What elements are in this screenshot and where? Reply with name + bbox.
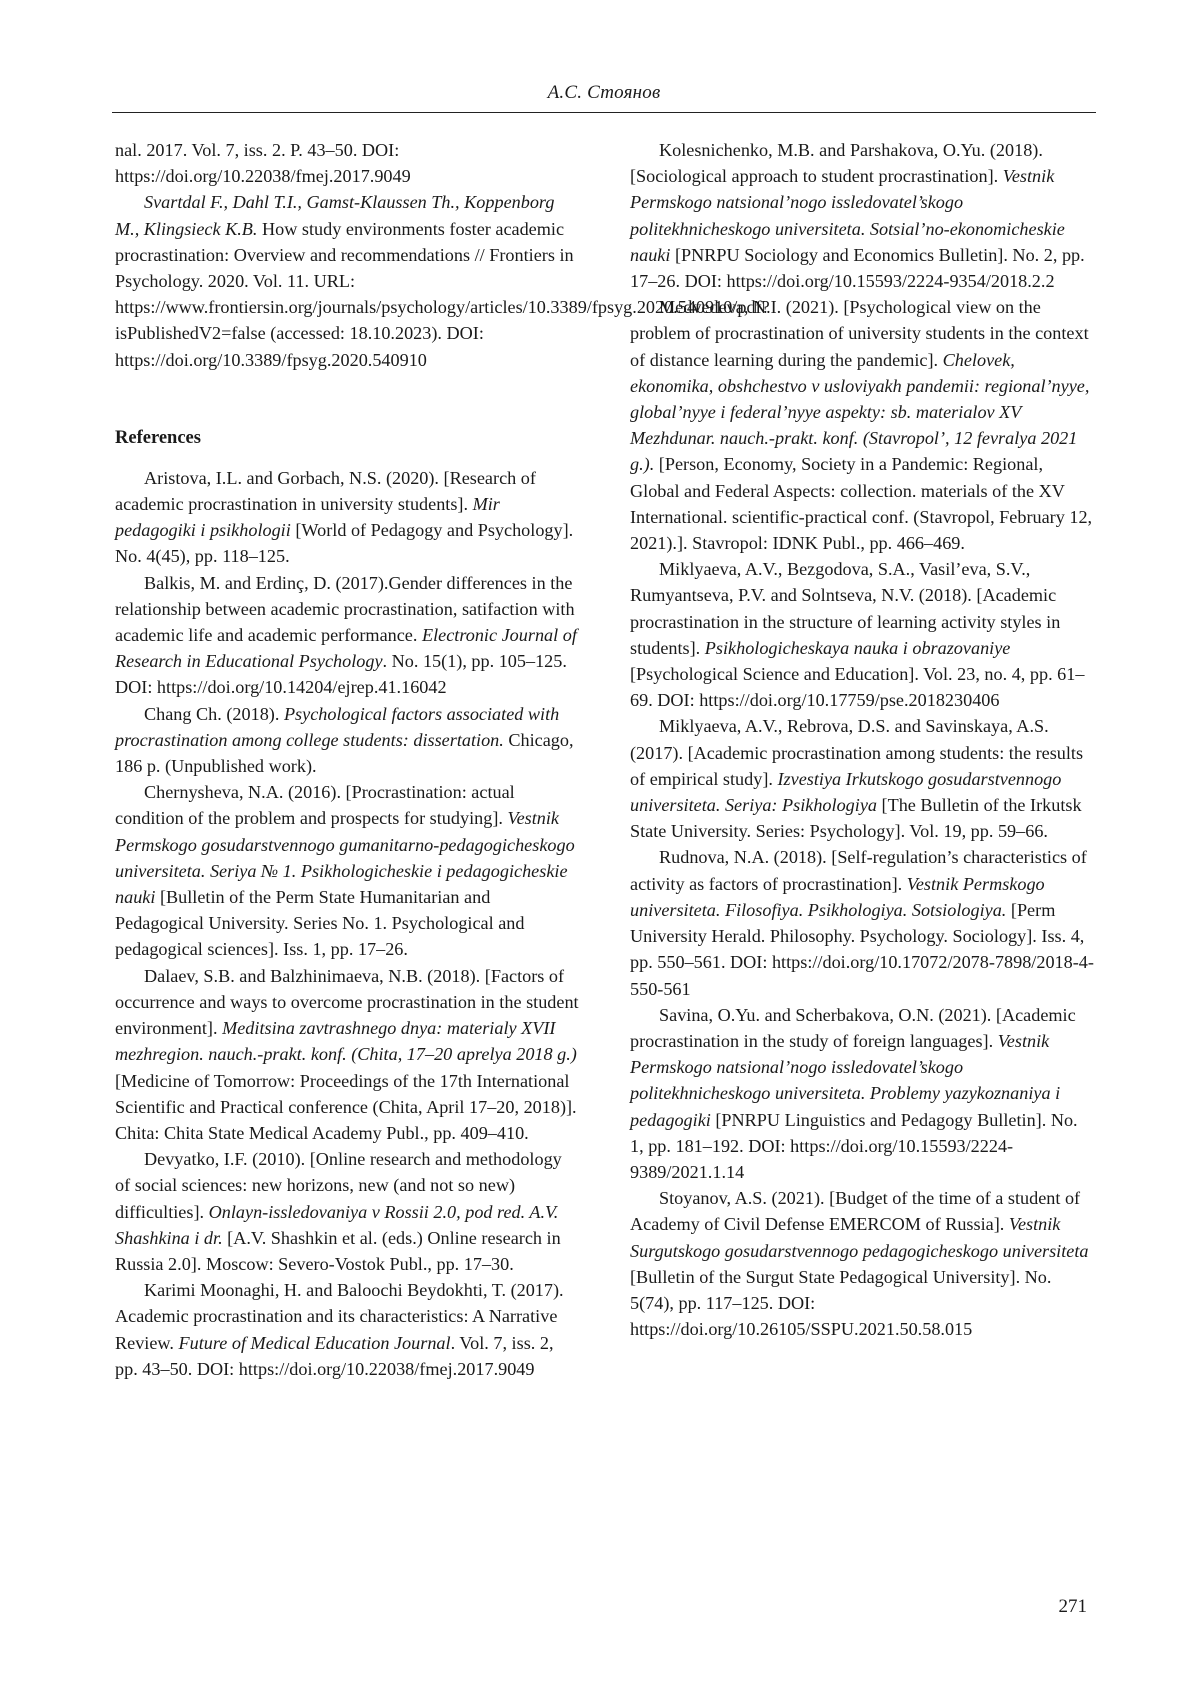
reference-text: Kolesnichenko, M.B. and Parshakova, O.Yu… [630, 140, 1043, 186]
reference-text: [Medicine of Tomorrow: Proceedings of th… [115, 1071, 577, 1143]
reference-entry: Rudnova, N.A. (2018). [Self-regulation’s… [630, 844, 1094, 1001]
reference-text: [Person, Economy, Society in a Pandemic:… [630, 454, 1092, 553]
reference-entry: Chang Ch. (2018). Psychological factors … [115, 701, 579, 780]
section-spacer [115, 373, 579, 425]
reference-entry: Devyatko, I.F. (2010). [Online research … [115, 1146, 579, 1277]
references-heading: References [115, 425, 579, 451]
reference-entry: Miklyaeva, A.V., Bezgodova, S.A., Vasil’… [630, 556, 1094, 713]
reference-entry: Dalaev, S.B. and Balzhinimaeva, N.B. (20… [115, 963, 579, 1146]
reference-source-title: Future of Medical Education Journal [178, 1333, 450, 1353]
left-column: nal. 2017. Vol. 7, iss. 2. P. 43–50. DOI… [115, 137, 579, 1382]
reference-continuation: nal. 2017. Vol. 7, iss. 2. P. 43–50. DOI… [115, 137, 579, 189]
reference-entry: Karimi Moonaghi, H. and Baloochi Beydokh… [115, 1277, 579, 1382]
reference-text: [Bulletin of the Surgut State Pedagogica… [630, 1267, 1051, 1339]
reference-entry: Miklyaeva, A.V., Rebrova, D.S. and Savin… [630, 713, 1094, 844]
reference-entry: Savina, O.Yu. and Scherbakova, O.N. (202… [630, 1002, 1094, 1185]
page-number: 271 [1059, 1596, 1088, 1618]
header-divider [112, 112, 1096, 113]
reference-text: [Psychological Science and Education]. V… [630, 664, 1084, 710]
reference-entry: Balkis, M. and Erdinç, D. (2017).Gender … [115, 570, 579, 701]
reference-text: Chernysheva, N.A. (2016). [Procrastinati… [115, 782, 515, 828]
reference-text: Chang Ch. (2018). [144, 704, 284, 724]
reference-text: [PNRPU Sociology and Economics Bulletin]… [630, 245, 1085, 291]
reference-source-title: Psikhologicheskaya nauka i obrazovaniye [705, 638, 1011, 658]
reference-entry: Kolesnichenko, M.B. and Parshakova, O.Yu… [630, 137, 1094, 294]
reference-text: [Bulletin of the Perm State Humanitarian… [115, 887, 524, 959]
reference-entry: Chernysheva, N.A. (2016). [Procrastinati… [115, 779, 579, 962]
reference-text: Medvedeva, N.I. (2021). [Psychological v… [630, 297, 1089, 369]
right-column: Kolesnichenko, M.B. and Parshakova, O.Yu… [630, 137, 1094, 1342]
reference-svartdal: Svartdal F., Dahl T.I., Gamst-Klaussen T… [115, 189, 579, 372]
reference-entry: Stoyanov, A.S. (2021). [Budget of the ti… [630, 1185, 1094, 1342]
references-list-left: Aristova, I.L. and Gorbach, N.S. (2020).… [115, 465, 579, 1382]
reference-entry: Medvedeva, N.I. (2021). [Psychological v… [630, 294, 1094, 556]
references-list-right: Kolesnichenko, M.B. and Parshakova, O.Yu… [630, 137, 1094, 1342]
reference-entry: Aristova, I.L. and Gorbach, N.S. (2020).… [115, 465, 579, 570]
running-head-author: А.С. Стоянов [112, 82, 1096, 104]
